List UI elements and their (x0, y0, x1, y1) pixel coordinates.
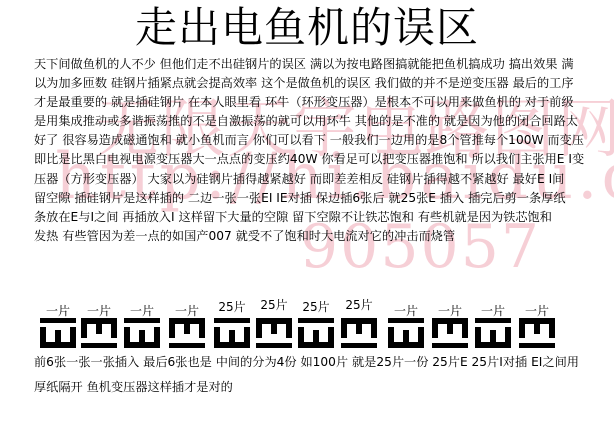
paragraph-line: 即比是比黑白电视电源变压器大一点点的变压约40W 你看足可以把变压器推饱和 所以… (34, 150, 590, 169)
lamination-count-label: 一片 (79, 304, 119, 318)
lamination-count-label: 25片 (212, 300, 252, 314)
ie-lamination-icon (519, 318, 555, 348)
page-title: 走出电鱼机的误区 (0, 2, 614, 54)
lamination-count-label: 一片 (38, 304, 78, 318)
ie-lamination-icon (256, 318, 292, 348)
lamination-count-label: 25片 (254, 298, 294, 312)
lamination-item: 一片 (167, 296, 207, 356)
ie-lamination-icon (169, 318, 205, 348)
lamination-count-label: 一片 (386, 304, 426, 318)
paragraph-line: 天下间做鱼机的人不少 但他们走不出硅钢片的误区 满以为按电路图搞就能把鱼机搞成功… (34, 55, 590, 74)
lamination-item: 一片 (122, 296, 162, 356)
lamination-item: 一片 (473, 296, 513, 356)
paragraph-line: 以为加多匝数 硅钢片插紧点就会提高效率 这个是做鱼机的误区 我们做的并不是逆变压… (34, 74, 590, 93)
ie-lamination-icon (81, 318, 117, 348)
lamination-item: 25片 (296, 296, 336, 356)
lamination-item: 一片 (386, 296, 426, 356)
paragraph-line: 条放在E与I之间 再插放入I 这样留下大量的空隙 留下空隙不让铁芯饱和 有些机就… (34, 208, 590, 227)
ie-lamination-icon (432, 318, 468, 348)
ie-lamination-icon (341, 318, 377, 348)
lamination-count-label: 一片 (430, 304, 470, 318)
closing-line: 厚纸隔开 鱼机变压器这样插才是对的 (34, 375, 590, 400)
paragraph-line: 留空隙 插硅钢片是这样插的 二边一张一张EI IE对插 保边插6张后 就25张E… (34, 189, 590, 208)
lamination-count-label: 一片 (473, 304, 513, 318)
lamination-count-label: 25片 (339, 298, 379, 312)
ei-lamination-icon (214, 318, 250, 348)
lamination-item: 25片 (339, 296, 379, 356)
lamination-count-label: 一片 (167, 304, 207, 318)
ei-lamination-icon (475, 318, 511, 348)
paragraph-line: 才是最重要的 就是插硅钢片 在本人眼里看 环牛（环形变压器）是根本不可以用来做鱼… (34, 93, 590, 112)
lamination-item: 一片 (38, 296, 78, 356)
paragraph-line: 是用集成推动或多谐振荡推的不是自激振荡的就可以用环牛 其他的是不准的 就是因为他… (34, 112, 590, 131)
lamination-item: 一片 (517, 296, 557, 356)
ei-lamination-icon (298, 318, 334, 348)
paragraph-line: 压器（方形变压器） 大家以为硅钢片插得越紧越好 而即差差相反 硅钢片插得越不紧越… (34, 170, 590, 189)
paragraph-line: 发热 有些管因为差一点的如国产007 就受不了饱和时大电流对它的冲击而烧管 (34, 227, 590, 246)
article-body: 天下间做鱼机的人不少 但他们走不出硅钢片的误区 满以为按电路图搞就能把鱼机搞成功… (34, 55, 590, 246)
lamination-count-label: 一片 (122, 304, 162, 318)
lamination-item: 一片 (79, 296, 119, 356)
lamination-item: 25片 (254, 296, 294, 356)
closing-text: 前6张一张一张插入 最后6张也是 中间的分为4份 如100片 就是25片一份 2… (34, 350, 590, 400)
paragraph-line: 好了 很容易造成磁通饱和 就小鱼机而言 你们可以看下 一般我们一边用的是8个管推… (34, 131, 590, 150)
ei-lamination-icon (40, 318, 76, 348)
lamination-count-label: 一片 (517, 304, 557, 318)
closing-line: 前6张一张一张插入 最后6张也是 中间的分为4份 如100片 就是25片一份 2… (34, 350, 590, 375)
lamination-item: 25片 (212, 296, 252, 356)
lamination-item: 一片 (430, 296, 470, 356)
ei-lamination-icon (388, 318, 424, 348)
lamination-diagram: 一片一片一片一片25片25片25片25片一片一片一片一片 (38, 296, 598, 356)
lamination-count-label: 25片 (296, 300, 336, 314)
ei-lamination-icon (124, 318, 160, 348)
